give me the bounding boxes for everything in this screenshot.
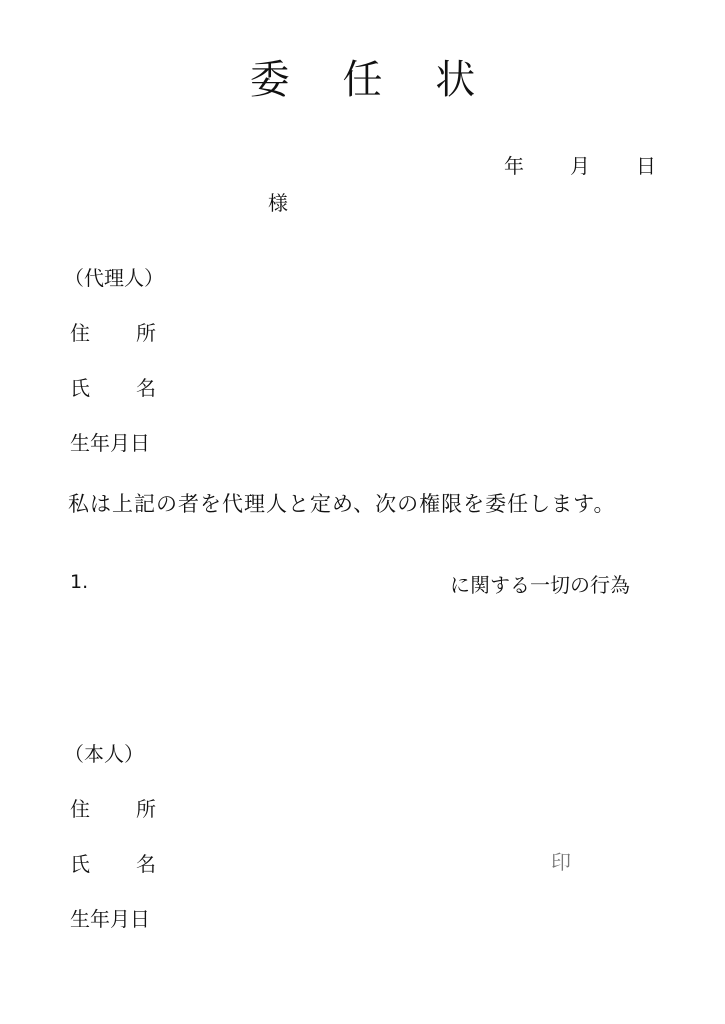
- title-char: 任: [343, 48, 383, 105]
- date-month-label: 月: [570, 150, 590, 179]
- agent-address-label: 住所: [70, 317, 156, 346]
- principal-name-label: 氏名: [70, 848, 156, 877]
- item-text: に関する一切の行為: [450, 569, 630, 598]
- seal-mark: 印: [551, 846, 571, 875]
- agent-birthdate-label: 生年月日: [70, 427, 150, 456]
- agent-section-heading: （代理人）: [64, 262, 164, 291]
- delegation-statement: 私は上記の者を代理人と定め、次の権限を委任します。: [68, 488, 615, 518]
- document-title: 委 任 状: [0, 48, 725, 105]
- principal-birthdate-label: 生年月日: [70, 903, 150, 932]
- date-day-label: 日: [636, 150, 656, 179]
- principal-section-heading: （本人）: [64, 738, 144, 767]
- item-number: 1.: [70, 571, 88, 593]
- agent-name-label: 氏名: [70, 372, 156, 401]
- title-char: 委: [250, 48, 290, 105]
- title-char: 状: [435, 48, 475, 105]
- principal-address-label: 住所: [70, 793, 156, 822]
- addressee-suffix: 様: [268, 187, 288, 216]
- date-year-label: 年: [504, 150, 524, 179]
